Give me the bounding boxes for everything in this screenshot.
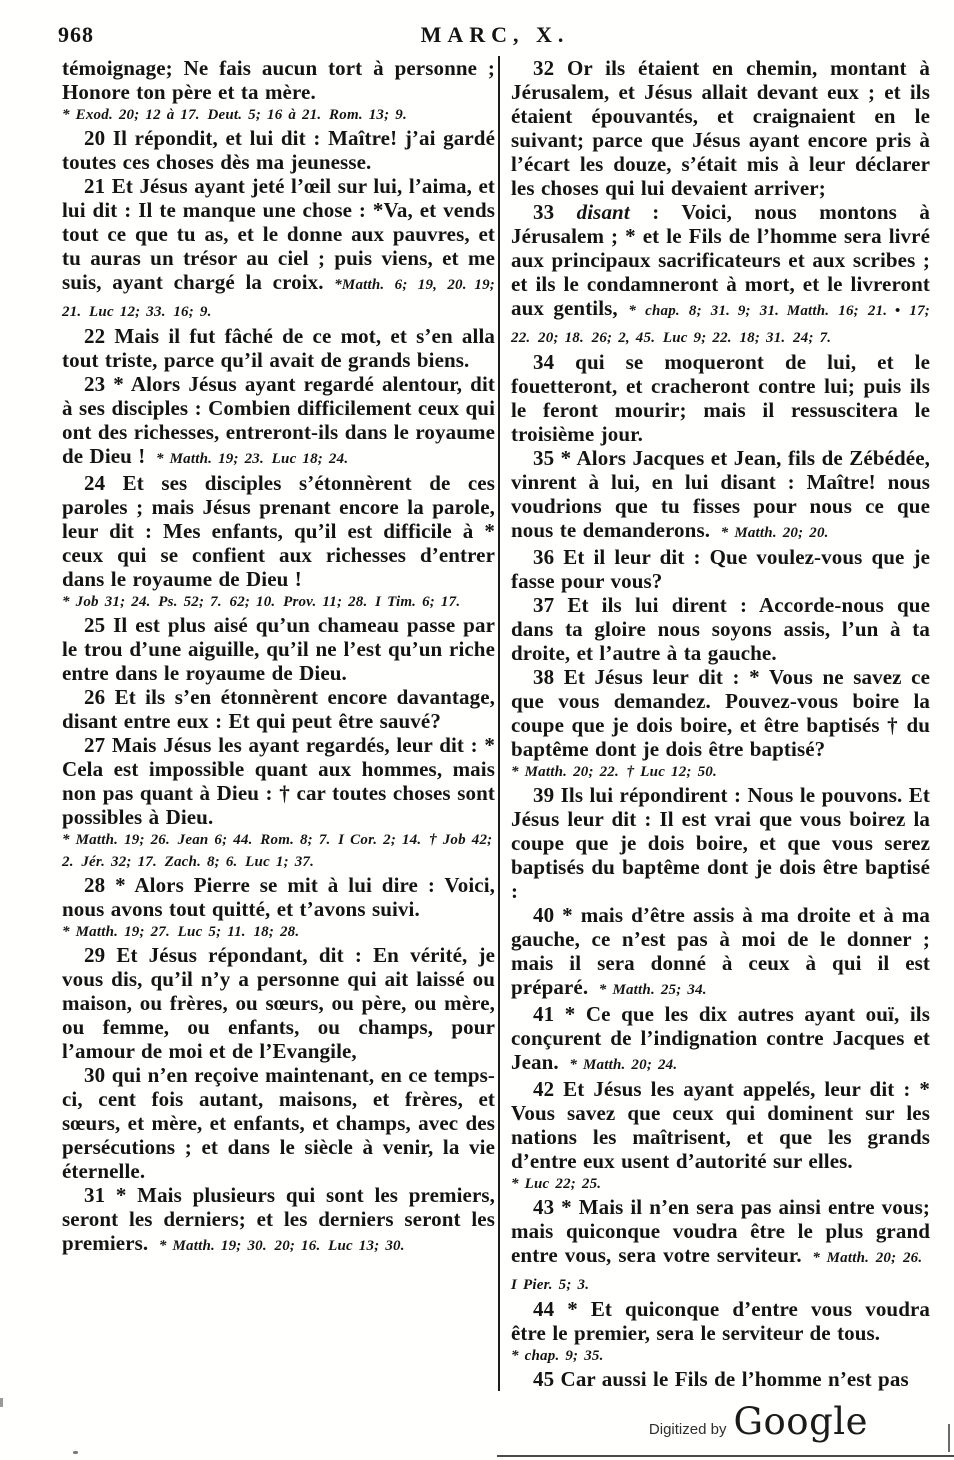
- cross-references: * chap. 9; 35.: [511, 1345, 930, 1367]
- right-column: 32 Or ils étaient en chemin, montant à J…: [511, 56, 930, 1391]
- page-header: 968 MARC, X.: [58, 22, 932, 50]
- verse-paragraph: 22 Mais il fut fâché de ce mot, et s’en …: [62, 324, 495, 372]
- page-header-title: MARC, X.: [58, 22, 932, 48]
- verse-paragraph: 27 Mais Jésus les ayant regardés, leur d…: [62, 733, 495, 873]
- verse-paragraph: 33 disant : Voici, nous montons à Jérusa…: [511, 200, 930, 350]
- cross-references: * Matth. 20; 22. † Luc 12; 50.: [511, 761, 930, 783]
- verse-paragraph: 45 Car aussi le Fils de l’homme n’est pa…: [511, 1367, 930, 1391]
- cross-references: * Matth. 19; 30. 20; 16. Luc 13; 30.: [159, 1238, 405, 1254]
- digitized-by-label: Digitized by: [649, 1421, 727, 1438]
- verse-paragraph: 29 Et Jésus répondant, dit : En vérité, …: [62, 943, 495, 1063]
- scan-artifact: [948, 1424, 950, 1452]
- verse-paragraph: 35 * Alors Jacques et Jean, fils de Zébé…: [511, 446, 930, 545]
- cross-references: * Luc 22; 25.: [511, 1173, 930, 1195]
- verse-paragraph: 31 * Mais plusieurs qui sont les premier…: [62, 1183, 495, 1258]
- verse-paragraph: 37 Et ils lui dirent : Accorde-nous que …: [511, 593, 930, 665]
- verse-paragraph: 26 Et ils s’en étonnèrent encore davanta…: [62, 685, 495, 733]
- cross-references: * Job 31; 24. Ps. 52; 7. 62; 10. Prov. 1…: [62, 591, 495, 613]
- cross-references: * Matth. 20; 20.: [721, 525, 829, 541]
- verse-paragraph: 44 * Et quiconque d’entre vous voudra êt…: [511, 1297, 930, 1367]
- verse-paragraph: 32 Or ils étaient en chemin, montant à J…: [511, 56, 930, 200]
- scan-artifact: [73, 1451, 78, 1454]
- cross-references: * Matth. 25; 34.: [599, 982, 707, 998]
- cross-references: * Matth. 20; 26. I Pier. 5; 3.: [511, 1250, 930, 1293]
- verse-paragraph: 38 Et Jésus leur dit : * Vous ne savez c…: [511, 665, 930, 783]
- text-columns: témoignage; Ne fais aucun tort à personn…: [62, 56, 930, 1391]
- verse-paragraph: 40 * mais d’être assis à ma droite et à …: [511, 903, 930, 1002]
- verse-paragraph: 30 qui n’en reçoive maintenant, en ce te…: [62, 1063, 495, 1183]
- google-logo: Google: [733, 1400, 868, 1443]
- verse-paragraph: 41 * Ce que les dix autres ayant ouï, il…: [511, 1002, 930, 1077]
- digitized-by-imprint: Digitized byGoogle: [649, 1400, 868, 1443]
- verse-paragraph: 23 * Alors Jésus ayant regardé alentour,…: [62, 372, 495, 471]
- cross-references: * Exod. 20; 12 à 17. Deut. 5; 16 à 21. R…: [62, 104, 495, 126]
- verse-paragraph: 25 Il est plus aisé qu’un chameau passe …: [62, 613, 495, 685]
- verse-paragraph: 21 Et Jésus ayant jeté l’œil sur lui, l’…: [62, 174, 495, 324]
- left-column: témoignage; Ne fais aucun tort à personn…: [62, 56, 495, 1391]
- book-page: 968 MARC, X. témoignage; Ne fais aucun t…: [0, 0, 954, 1460]
- scan-artifact: [497, 1455, 954, 1457]
- verse-paragraph: 43 * Mais il n’en sera pas ainsi entre v…: [511, 1195, 930, 1297]
- verse-paragraph: témoignage; Ne fais aucun tort à personn…: [62, 56, 495, 126]
- verse-paragraph: 34 qui se moqueront de lui, et le fouett…: [511, 350, 930, 446]
- cross-references: * Matth. 19; 27. Luc 5; 11. 18; 28.: [62, 921, 495, 943]
- verse-paragraph: 39 Ils lui répondirent : Nous le pouvons…: [511, 783, 930, 903]
- verse-paragraph: 24 Et ses disciples s’étonnèrent de ces …: [62, 471, 495, 613]
- cross-references: * Matth. 19; 26. Jean 6; 44. Rom. 8; 7. …: [62, 829, 495, 873]
- verse-paragraph: 36 Et il leur dit : Que voulez-vous que …: [511, 545, 930, 593]
- cross-references: * chap. 8; 31. 9; 31. Matth. 16; 21. • 1…: [511, 303, 930, 346]
- verse-paragraph: 42 Et Jésus les ayant appelés, leur dit …: [511, 1077, 930, 1195]
- verse-paragraph: 20 Il répondit, et lui dit : Maître! j’a…: [62, 126, 495, 174]
- cross-references: * Matth. 19; 23. Luc 18; 24.: [156, 451, 348, 467]
- column-divider: [498, 56, 500, 1391]
- cross-references: *Matth. 6; 19, 20. 19; 21. Luc 12; 33. 1…: [62, 277, 495, 320]
- verse-paragraph: 28 * Alors Pierre se mit à lui dire : Vo…: [62, 873, 495, 943]
- scan-artifact: [0, 1398, 3, 1407]
- cross-references: * Matth. 20; 24.: [569, 1057, 677, 1073]
